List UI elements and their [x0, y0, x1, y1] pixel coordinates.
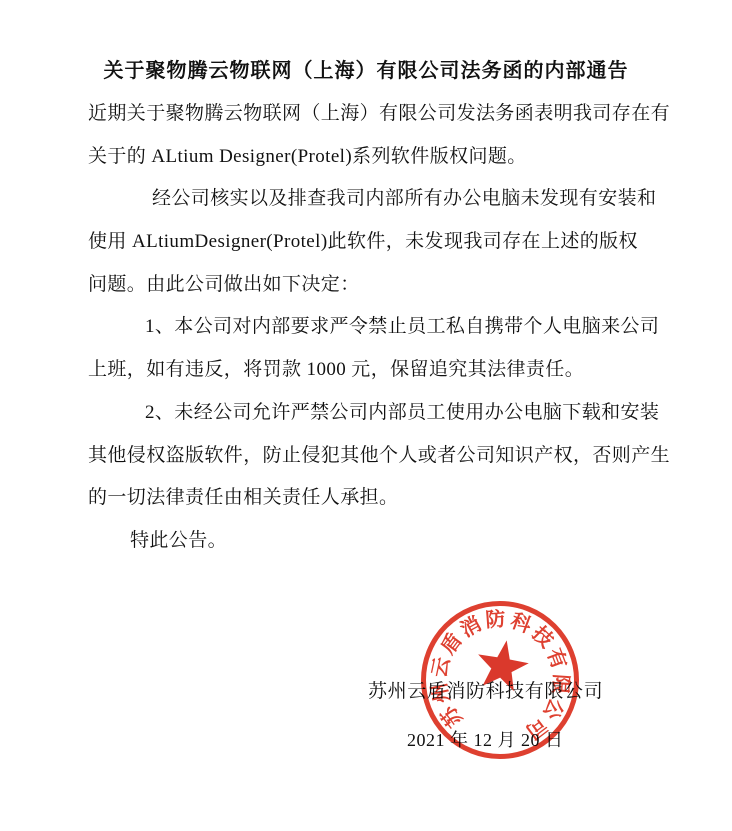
document-page: 关于聚物腾云物联网（上海）有限公司法务函的内部通告 近期关于聚物腾云物联网（上海… [0, 0, 732, 831]
seal-arc-char: 消 [456, 611, 485, 642]
body-line: 其他侵权盗版软件，防止侵犯其他个人或者公司知识产权，否则产生 [88, 435, 648, 478]
body-line: 经公司核实以及排查我司内部所有办公电脑未发现有安装和 [88, 178, 648, 221]
seal-arc-char: 科 [508, 608, 536, 638]
body-line: 1、本公司对内部要求严令禁止员工私自携带个人电脑来公司 [88, 306, 648, 349]
body-line: 使用 ALtiumDesigner(Protel)此软件，未发现我司存在上述的版… [88, 221, 648, 264]
seal-arc-char: 有 [542, 645, 572, 672]
signature-company-name: 苏州云盾消防科技有限公司 [368, 678, 603, 706]
body-line: 上班，如有违反，将罚款 1000 元，保留追究其法律责任。 [88, 349, 648, 392]
seal-arc-text: 苏州云盾消防科技有限公司 [428, 606, 573, 743]
body-line: 2、未经公司允许严禁公司内部员工使用办公电脑下载和安装 [88, 392, 648, 435]
body-line: 近期关于聚物腾云物联网（上海）有限公司发法务函表明我司存在有 [88, 93, 648, 136]
seal-arc-char: 防 [485, 606, 507, 631]
body-line: 特此公告。 [88, 520, 648, 563]
seal-arc-char: 技 [527, 621, 558, 652]
body-line: 的一切法律责任由相关责任人承担。 [88, 477, 648, 520]
document-body: 近期关于聚物腾云物联网（上海）有限公司发法务函表明我司存在有 关于的 ALtiu… [88, 93, 648, 563]
body-line: 关于的 ALtium Designer(Protel)系列软件版权问题。 [88, 136, 648, 179]
signature-date: 2021 年 12 月 20 日 [407, 726, 564, 754]
seal-arc-char: 云 [428, 655, 455, 679]
body-line: 问题。由此公司做出如下决定： [88, 264, 648, 307]
seal-arc-char: 盾 [436, 629, 466, 659]
document-title: 关于聚物腾云物联网（上海）有限公司法务函的内部通告 [0, 54, 732, 83]
